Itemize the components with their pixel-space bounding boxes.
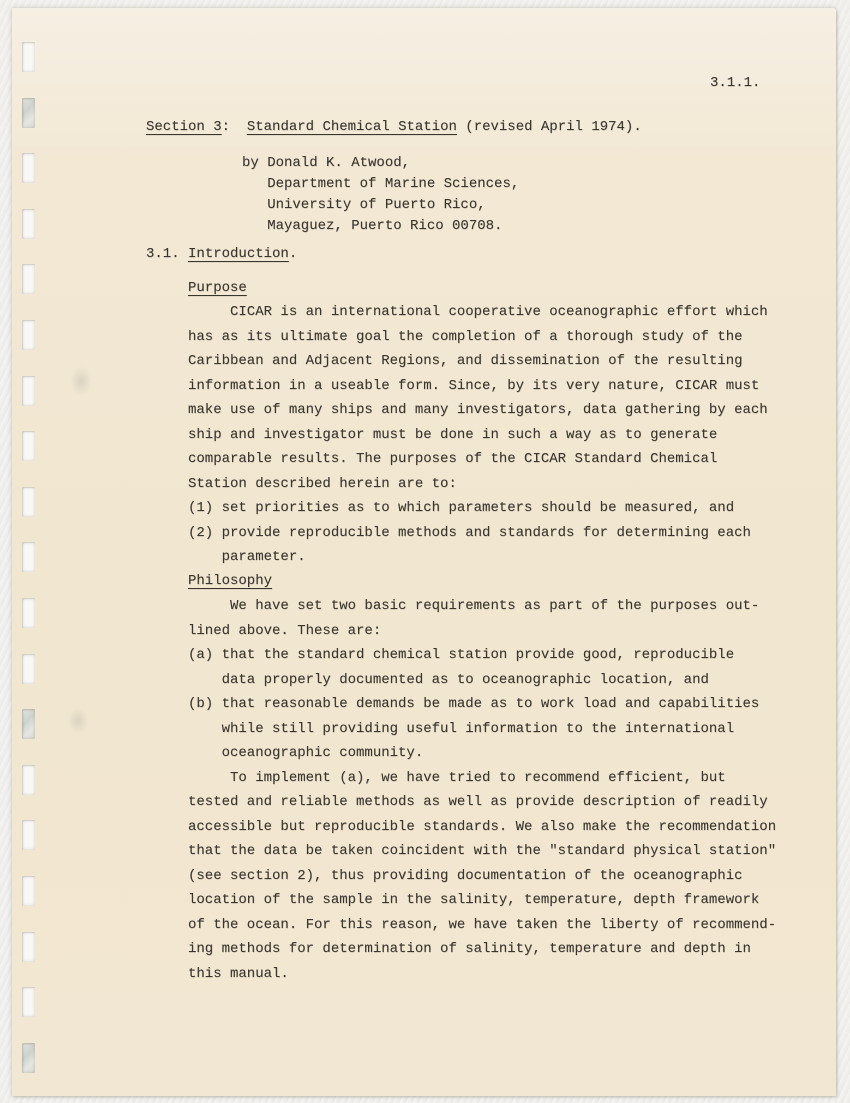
text-line: Caribbean and Adjacent Regions, and diss… [188, 349, 768, 374]
binding-hole [22, 1043, 35, 1073]
intro-number: 3.1. [146, 246, 180, 262]
binding-holes [12, 8, 72, 1096]
text-line: oceanographic community. [188, 741, 776, 766]
text-line: CICAR is an international cooperative oc… [188, 300, 768, 325]
binding-hole [22, 376, 35, 406]
byline-block: by Donald K. Atwood, Department of Marin… [242, 153, 519, 237]
philosophy-paragraphs: We have set two basic requirements as pa… [188, 594, 776, 986]
text-line: make use of many ships and many investig… [188, 398, 768, 423]
text-line: of the ocean. For this reason, we have t… [188, 913, 776, 938]
text-line: that the data be taken coincident with t… [188, 839, 776, 864]
smudge [70, 366, 92, 396]
text-line: location of the sample in the salinity, … [188, 888, 776, 913]
intro-gap [180, 246, 188, 262]
purpose-paragraphs: CICAR is an international cooperative oc… [188, 300, 768, 570]
section-title: Standard Chemical Station [247, 119, 457, 135]
text-line: (see section 2), thus providing document… [188, 864, 776, 889]
binding-hole [22, 320, 35, 350]
intro-heading: 3.1. Introduction. [146, 242, 297, 267]
binding-hole [22, 431, 35, 461]
section-colon: : [222, 119, 230, 135]
text-line: Department of Marine Sciences, [242, 174, 519, 195]
scanned-document: 3.1.1. Section 3: Standard Chemical Stat… [0, 0, 850, 1103]
text-line: ing methods for determination of salinit… [188, 937, 776, 962]
purpose-heading-label: Purpose [188, 280, 247, 296]
binding-hole [22, 876, 35, 906]
text-line: University of Puerto Rico, [242, 195, 519, 216]
philosophy-heading: Philosophy [188, 569, 272, 594]
binding-hole [22, 153, 35, 183]
text-line: We have set two basic requirements as pa… [188, 594, 776, 619]
binding-hole [22, 42, 35, 72]
intro-period: . [289, 246, 297, 262]
section-label: Section 3 [146, 119, 222, 135]
text-line: tested and reliable methods as well as p… [188, 790, 776, 815]
text-line: Station described herein are to: [188, 472, 768, 497]
intro-title: Introduction [188, 246, 289, 262]
text-line: (a) that the standard chemical station p… [188, 643, 776, 668]
text-line: data properly documented as to oceanogra… [188, 668, 776, 693]
text-line: Mayaguez, Puerto Rico 00708. [242, 216, 519, 237]
smudge [68, 708, 88, 734]
section-suffix: (revised April 1974). [457, 119, 642, 135]
text-line: comparable results. The purposes of the … [188, 447, 768, 472]
text-line: has as its ultimate goal the completion … [188, 325, 768, 350]
text-line: (2) provide reproducible methods and sta… [188, 521, 768, 546]
binding-hole [22, 98, 35, 128]
text-line: ship and investigator must be done in su… [188, 423, 768, 448]
text-line: while still providing useful information… [188, 717, 776, 742]
binding-hole [22, 542, 35, 572]
text-line: To implement (a), we have tried to recom… [188, 766, 776, 791]
text-line: (b) that reasonable demands be made as t… [188, 692, 776, 717]
text-line: (1) set priorities as to which parameter… [188, 496, 768, 521]
binding-hole [22, 487, 35, 517]
binding-hole [22, 987, 35, 1017]
binding-hole [22, 209, 35, 239]
document-page: 3.1.1. Section 3: Standard Chemical Stat… [12, 8, 836, 1096]
binding-hole [22, 932, 35, 962]
binding-hole [22, 820, 35, 850]
page-number: 3.1.1. [710, 71, 760, 96]
text-line: lined above. These are: [188, 619, 776, 644]
philosophy-heading-label: Philosophy [188, 573, 272, 589]
purpose-heading: Purpose [188, 276, 247, 301]
text-line: this manual. [188, 962, 776, 987]
binding-hole [22, 598, 35, 628]
text-line: accessible but reproducible standards. W… [188, 815, 776, 840]
text-line: by Donald K. Atwood, [242, 153, 519, 174]
text-line: information in a useable form. Since, by… [188, 374, 768, 399]
section-heading: Section 3: Standard Chemical Station (re… [146, 115, 642, 140]
binding-hole [22, 264, 35, 294]
binding-hole [22, 765, 35, 795]
binding-hole [22, 654, 35, 684]
binding-hole [22, 709, 35, 739]
section-gap [230, 119, 247, 135]
text-line: parameter. [188, 545, 768, 570]
